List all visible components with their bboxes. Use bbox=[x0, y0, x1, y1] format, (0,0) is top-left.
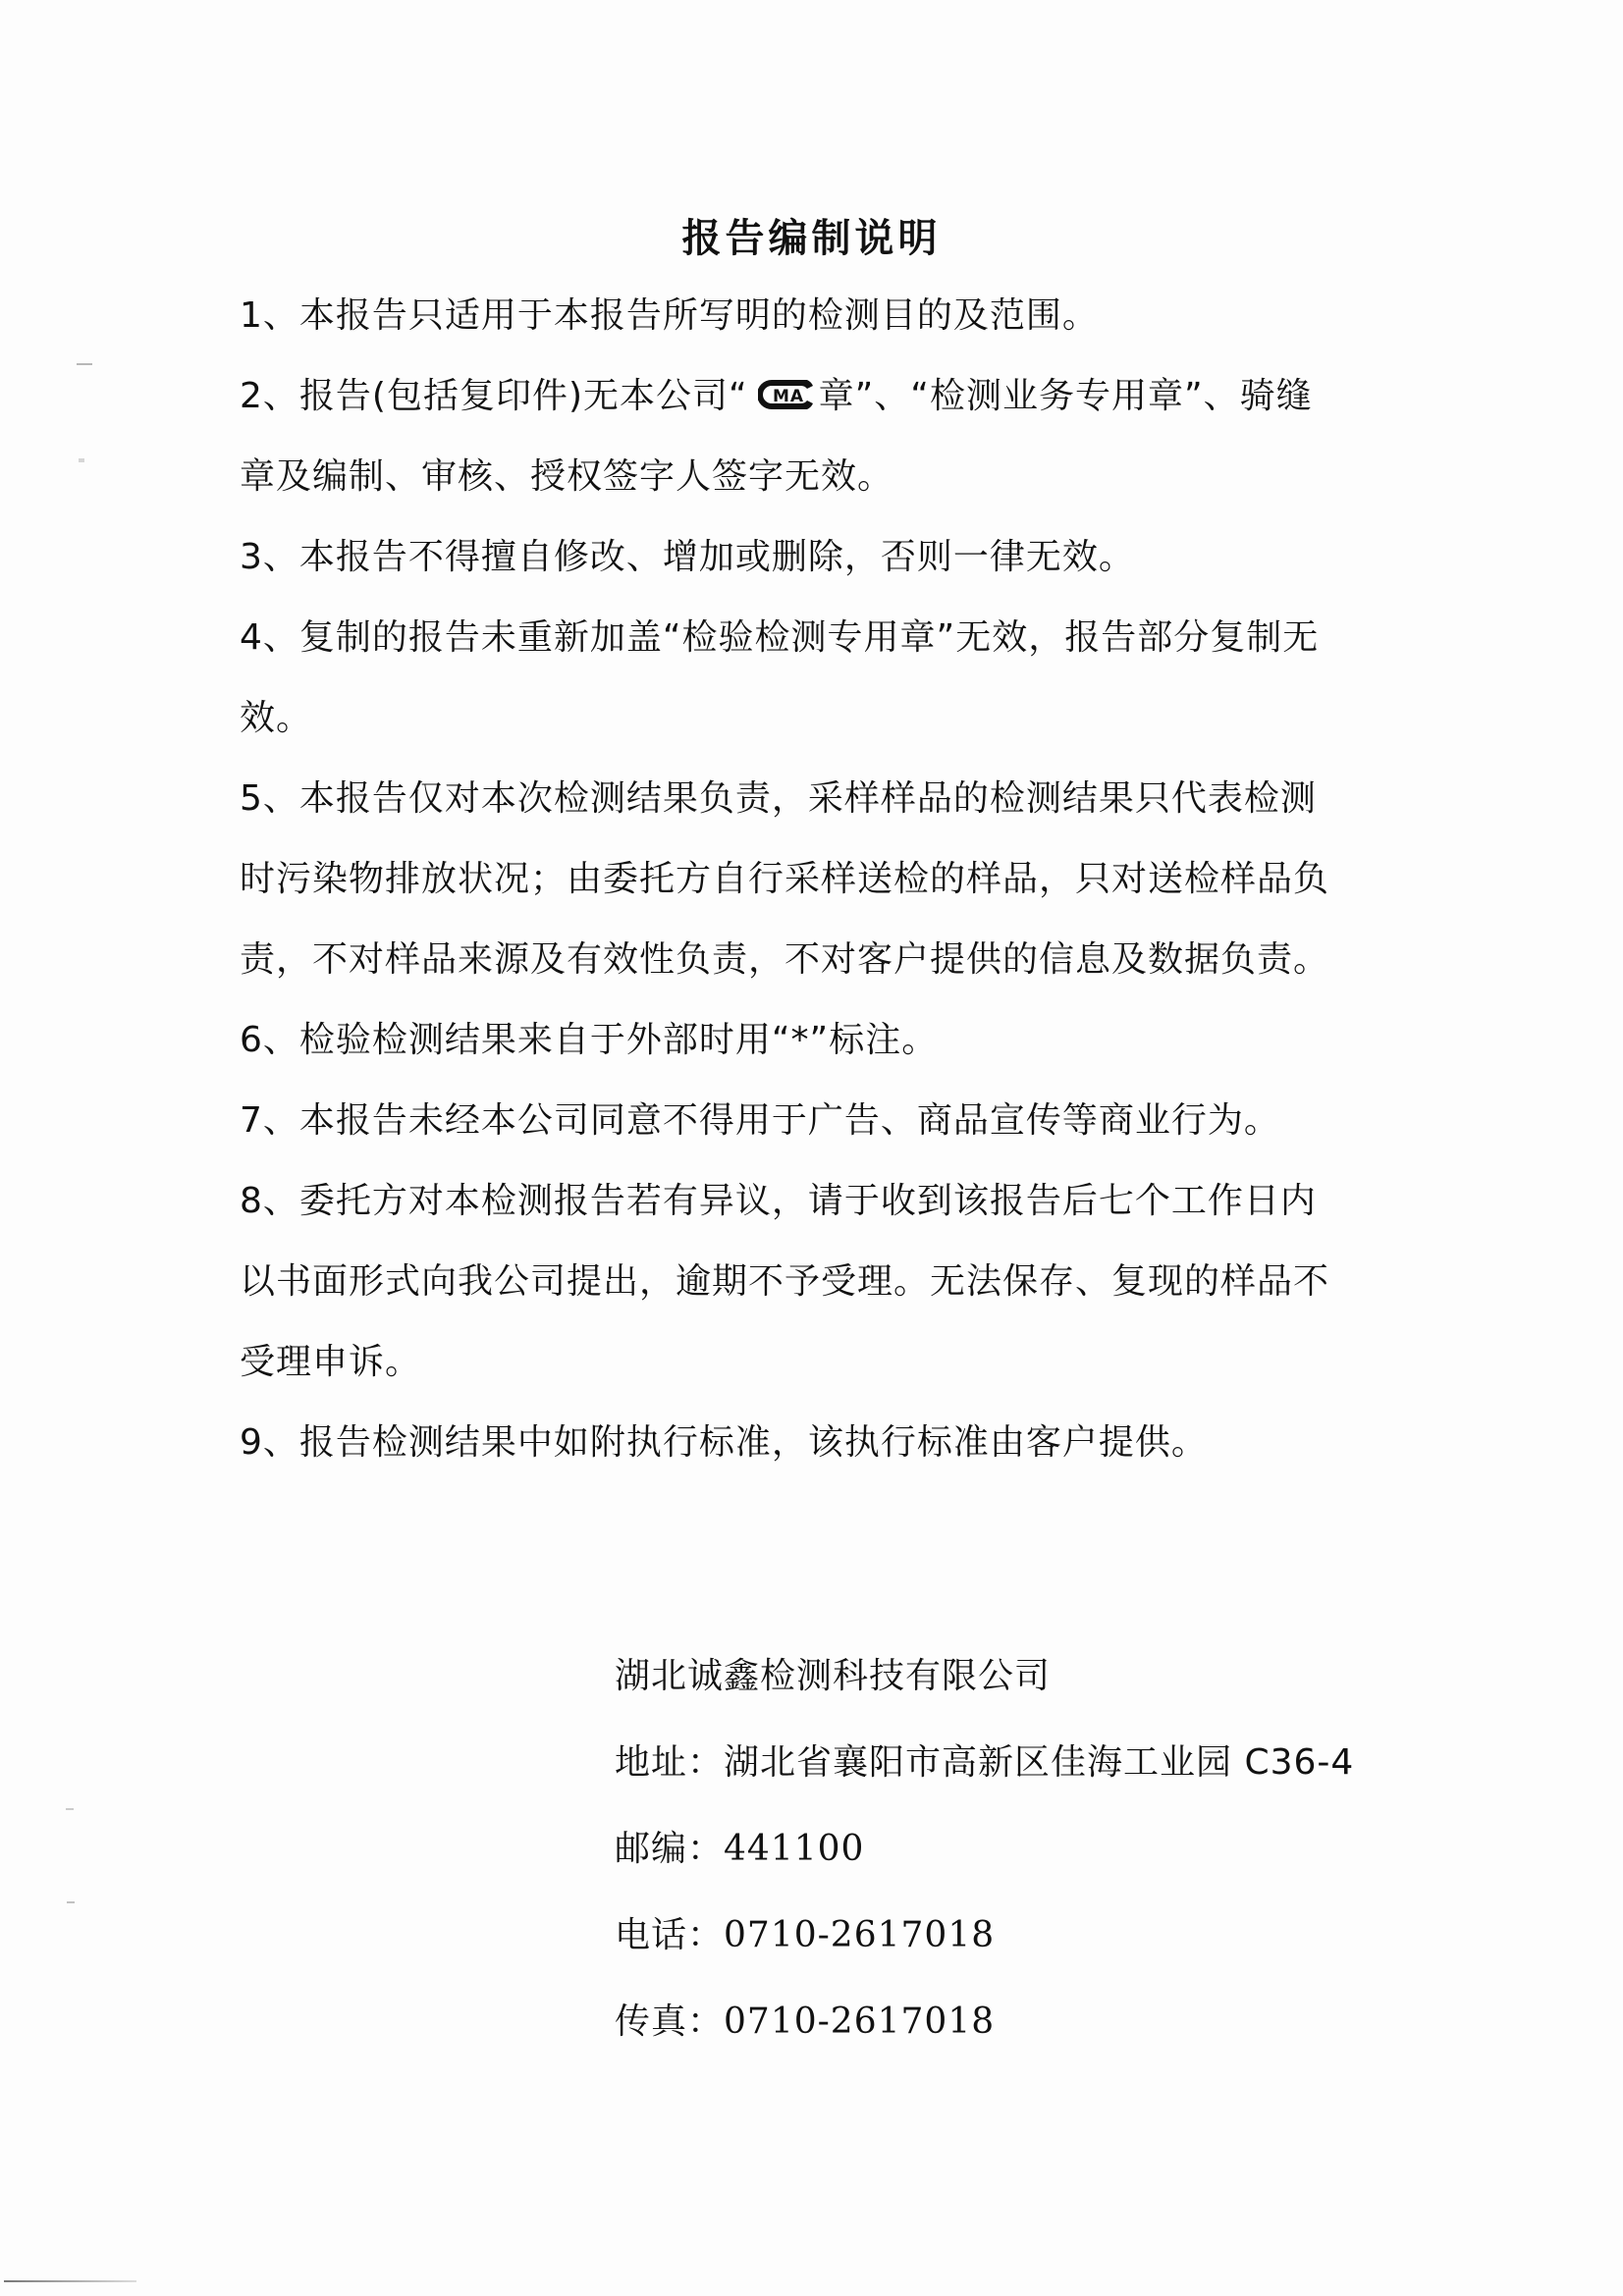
phone-value: 0710-2617018 bbox=[724, 1915, 995, 1955]
note-2-line-2: 章及编制、审核、授权签字人签字无效。 bbox=[240, 457, 1388, 497]
note-8-line-1: 8、委托方对本检测报告若有异议，请于收到该报告后七个工作日内 bbox=[240, 1182, 1388, 1221]
note-3: 3、本报告不得擅自修改、增加或删除，否则一律无效。 bbox=[240, 538, 1388, 577]
note-1: 1、本报告只适用于本报告所写明的检测目的及范围。 bbox=[240, 296, 1388, 336]
note-8-line-3: 受理申诉。 bbox=[240, 1343, 1388, 1382]
address-line: 地址：湖北省襄阳市高新区佳海工业园 C36-4 bbox=[615, 1743, 1354, 1783]
note-5-line-1: 5、本报告仅对本次检测结果负责，采样样品的检测结果只代表检测 bbox=[240, 779, 1388, 819]
phone-line: 电话：0710-2617018 bbox=[615, 1916, 1354, 1955]
address-value: 湖北省襄阳市高新区佳海工业园 C36-4 bbox=[724, 1742, 1354, 1783]
address-label: 地址： bbox=[615, 1742, 724, 1783]
note-7: 7、本报告未经本公司同意不得用于广告、商品宣传等商业行为。 bbox=[240, 1101, 1388, 1141]
scanned-document-page: 报告编制说明 1、本报告只适用于本报告所写明的检测目的及范围。 2、报告(包括复… bbox=[0, 0, 1623, 2296]
note-9: 9、报告检测结果中如附执行标准，该执行标准由客户提供。 bbox=[240, 1423, 1388, 1463]
postcode-line: 邮编：441100 bbox=[615, 1830, 1354, 1869]
phone-label: 电话： bbox=[615, 1915, 724, 1955]
scan-edge-shadow bbox=[4, 2280, 136, 2282]
fax-value: 0710-2617018 bbox=[724, 2002, 995, 2042]
note-4-line-1: 4、复制的报告未重新加盖“检验检测专用章”无效，报告部分复制无 bbox=[240, 618, 1388, 658]
note-2-line-1: 2、报告(包括复印件)无本公司“ MA 章”、“检测业务专用章”、骑缝 bbox=[240, 377, 1388, 416]
note-6: 6、检验检测结果来自于外部时用“*”标注。 bbox=[240, 1021, 1388, 1060]
note-4-line-2: 效。 bbox=[240, 699, 1388, 738]
postcode-value: 441100 bbox=[724, 1829, 864, 1869]
fax-label: 传真： bbox=[615, 2002, 724, 2042]
note-5-line-3: 责，不对样品来源及有效性负责，不对客户提供的信息及数据负责。 bbox=[240, 940, 1388, 980]
fax-line: 传真：0710-2617018 bbox=[615, 2002, 1354, 2042]
scan-speck bbox=[67, 1901, 75, 1903]
note-2-text-after-badge: 章”、“检测业务专用章”、骑缝 bbox=[819, 376, 1313, 416]
page-title: 报告编制说明 bbox=[0, 215, 1623, 262]
note-5-line-2: 时污染物排放状况；由委托方自行采样送检的样品，只对送检样品负 bbox=[240, 860, 1388, 899]
svg-text:MA: MA bbox=[773, 387, 804, 406]
notes-list: 1、本报告只适用于本报告所写明的检测目的及范围。 2、报告(包括复印件)无本公司… bbox=[240, 296, 1388, 1463]
scan-speck bbox=[66, 1808, 74, 1810]
note-2-text-before-badge: 2、报告(包括复印件)无本公司“ bbox=[240, 376, 748, 416]
scan-speck bbox=[79, 458, 84, 462]
scan-speck bbox=[77, 363, 92, 365]
cma-mark-icon: MA bbox=[758, 378, 815, 411]
company-contact-block: 湖北诚鑫检测科技有限公司 地址：湖北省襄阳市高新区佳海工业园 C36-4 邮编：… bbox=[615, 1657, 1354, 2042]
postcode-label: 邮编： bbox=[615, 1829, 724, 1869]
company-name: 湖北诚鑫检测科技有限公司 bbox=[615, 1657, 1354, 1696]
note-8-line-2: 以书面形式向我公司提出，逾期不予受理。无法保存、复现的样品不 bbox=[240, 1262, 1388, 1302]
